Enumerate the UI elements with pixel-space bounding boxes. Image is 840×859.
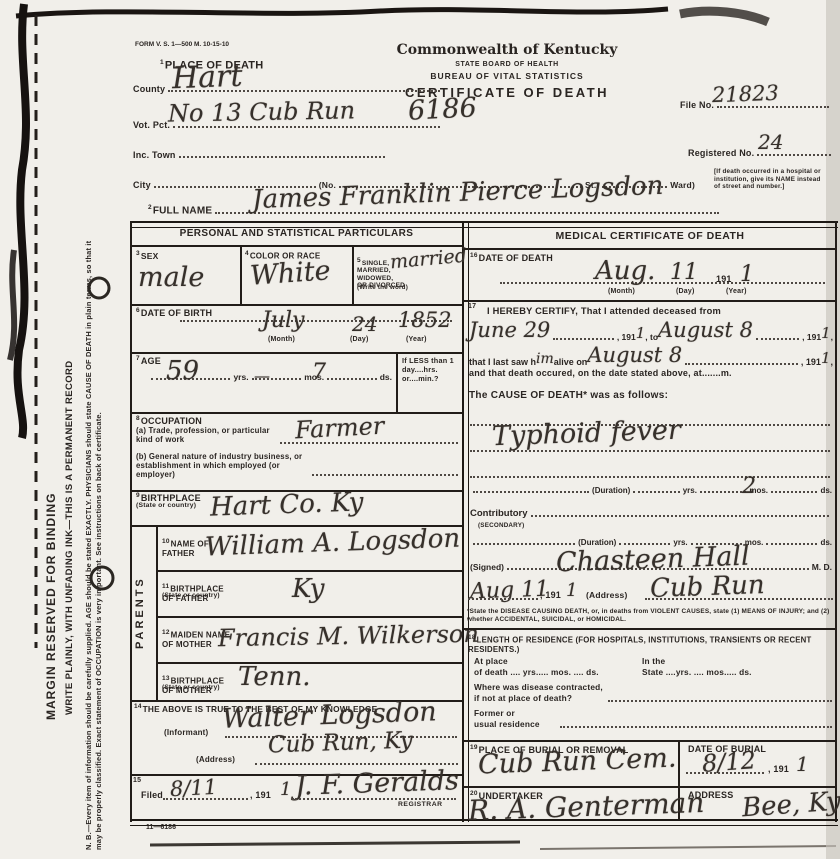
attended-comma: , xyxy=(831,332,833,342)
informant-address-value: Cub Run, Ky xyxy=(268,727,414,758)
md-label: M. D. xyxy=(812,562,832,572)
age-days-value: 7 xyxy=(312,360,326,385)
occupation-b-label: (b) General nature of industry business,… xyxy=(136,452,308,479)
file-no-label: File No. xyxy=(680,100,714,110)
registrar-signature: J. F. Geralds xyxy=(295,765,460,802)
bureau-subtitle: BUREAU OF VITAL STATISTICS xyxy=(388,71,626,81)
death-year-sublabel: (Year) xyxy=(726,288,747,295)
age-label: 7AGE xyxy=(136,355,161,366)
duration-months-value: 2 xyxy=(742,474,756,499)
birthplace-value: Hart Co. Ky xyxy=(210,487,364,522)
attended-to-year-printed: , 191 xyxy=(802,332,821,342)
cause-of-death-value: Typhoid fever xyxy=(492,415,682,453)
death-year-value: 1 xyxy=(740,262,754,287)
signed-label: (Signed) xyxy=(470,562,504,572)
saw-him-value: im xyxy=(536,351,554,367)
cause-of-death-label: The CAUSE OF DEATH* was as follows: xyxy=(469,390,668,401)
certify-attended-line: June 29 , 191 1 , to August 8 , 191 1 , xyxy=(469,318,833,342)
duration2-ds-label: ds. xyxy=(820,538,832,547)
filed-year-value: 1 xyxy=(280,779,291,800)
father-name-label: 10NAME OF FATHER xyxy=(162,528,209,558)
parents-label: PARENTS xyxy=(134,525,154,700)
sex-label: 3SEX xyxy=(136,250,158,261)
certify-number: 17 xyxy=(468,303,476,310)
filed-label: Filed xyxy=(141,790,163,800)
county-value: Hart xyxy=(171,59,243,96)
saw-year-value: 1 xyxy=(821,349,831,367)
attended-to-word: , to xyxy=(645,332,658,342)
filed-number: 15 xyxy=(133,777,141,784)
saw-date-value: August 8 xyxy=(587,343,682,367)
board-subtitle: STATE BOARD OF HEALTH xyxy=(388,61,626,68)
saw-mid-text: alive on xyxy=(554,357,588,367)
inc-town-leader xyxy=(179,156,385,158)
death-certificate-scan: MARGIN RESERVED FOR BINDING WRITE PLAINL… xyxy=(0,0,840,859)
inc-town-label: Inc. Town xyxy=(133,150,176,160)
saw-pre-text: that I last saw h xyxy=(469,357,536,367)
medical-section-title: MEDICAL CERTIFICATE OF DEATH xyxy=(466,230,834,242)
birthplace-hint: (State or country) xyxy=(136,502,196,509)
full-name-label: 2FULL NAME xyxy=(148,204,212,216)
county-label: County xyxy=(133,84,165,94)
dob-year-sublabel: (Year) xyxy=(406,336,427,343)
attended-to-value: August 8 xyxy=(658,318,753,342)
mother-name-value: Francis M. Wilkerson xyxy=(218,620,479,653)
signed-date-value: Aug 11 xyxy=(470,577,550,605)
margin-nb-note: N. B.—Every item of information should b… xyxy=(84,235,126,850)
residence-at-place: At place of death .... yrs..... mos. ...… xyxy=(474,656,654,677)
plate-code: 11—6186 xyxy=(146,824,176,831)
dob-day-value: 24 xyxy=(352,312,377,336)
death-month-value: Aug. xyxy=(595,256,655,286)
informant-address-label: (Address) xyxy=(196,755,235,764)
dob-month-value: July xyxy=(262,308,304,333)
inc-town-line: Inc. Town xyxy=(133,150,388,160)
age-yrs-label: yrs. xyxy=(233,372,248,382)
residence-label: 18LENGTH OF RESIDENCE (FOR HOSPITALS, IN… xyxy=(468,633,834,654)
hospital-note: [If death occurred in a hospital or inst… xyxy=(714,168,826,191)
date-of-death-label: 16DATE OF DEATH xyxy=(470,252,553,263)
mother-birthplace-value: Tenn. xyxy=(238,662,310,692)
sex-value: male xyxy=(138,262,204,293)
duration-label: (Duration) xyxy=(592,486,630,495)
burial-year-printed: , 191 xyxy=(768,764,789,774)
registrar-label: REGISTRAR xyxy=(398,801,443,808)
contributory-label: Contributory xyxy=(470,508,528,519)
informant-label: (Informant) xyxy=(164,728,208,737)
occupation-a-value: Farmer xyxy=(294,412,385,445)
age-years-value: 59 xyxy=(166,356,199,386)
occupation-label: 8OCCUPATION xyxy=(136,415,202,426)
dob-label: 6DATE OF BIRTH xyxy=(136,307,212,318)
age-less-note: If LESS than 1 day....hrs. or....min.? xyxy=(402,356,460,383)
occupation-a-label: (a) Trade, profession, or particular kin… xyxy=(136,426,286,444)
duration-line: (Duration) yrs. mos. ds. xyxy=(470,486,832,495)
saw-comma: , xyxy=(830,357,833,367)
duration-ds-label: ds. xyxy=(820,486,832,495)
age-ds-label: ds. xyxy=(380,372,392,382)
father-birthplace-value: Ky xyxy=(292,574,324,604)
city-label: City xyxy=(133,180,151,190)
file-no-value: 21823 xyxy=(712,81,780,107)
certify-saw-line: that I last saw h im alive on August 8 ,… xyxy=(469,343,833,367)
precinct-value: No 13 Cub Run xyxy=(168,96,356,127)
contributory-line: Contributory xyxy=(470,508,832,519)
certify-death-occurred-line: and that death occured, on the date stat… xyxy=(469,368,732,378)
margin-write-plainly-note: WRITE PLAINLY, WITH UNFADING INK—THIS IS… xyxy=(64,225,75,715)
attended-from-year-printed: , 191 xyxy=(617,332,636,342)
age-months-value: — xyxy=(254,366,270,385)
marital-hint: (Write the word) xyxy=(357,284,408,291)
death-day-value: 11 xyxy=(670,260,698,285)
duration-yrs-label: yrs. xyxy=(683,486,697,495)
mother-birthplace-hint: (State or country) xyxy=(162,684,220,691)
death-month-sublabel: (Month) xyxy=(608,288,635,295)
city-ward-label: Ward) xyxy=(670,180,695,190)
margin-binding-note: MARGIN RESERVED FOR BINDING xyxy=(44,280,58,720)
attended-to-year-value: 1 xyxy=(821,324,831,342)
filed-year-printed: , 191 xyxy=(250,790,271,800)
physician-address-label: (Address) xyxy=(586,590,627,600)
death-year-printed: 191 xyxy=(716,274,732,284)
registered-no-value: 24 xyxy=(758,130,783,154)
cause-footnote: *State the DISEASE CAUSING DEATH, or, in… xyxy=(467,608,835,624)
precinct-label: Vot. Pct. xyxy=(133,120,170,130)
dob-year-value: 1852 xyxy=(398,308,451,332)
dob-month-sublabel: (Month) xyxy=(268,336,295,343)
secondary-label: (SECONDARY) xyxy=(478,522,524,529)
attended-from-year-value: 1 xyxy=(636,324,646,342)
dob-day-sublabel: (Day) xyxy=(350,336,369,343)
attended-from-value: June 29 xyxy=(469,318,550,342)
form-code: FORM V. S. 1—500 M. 10-15-10 xyxy=(135,41,229,48)
race-value: White xyxy=(249,255,332,292)
death-day-sublabel: (Day) xyxy=(676,288,695,295)
signed-year-value: 1 xyxy=(566,580,577,601)
personal-section-title: PERSONAL AND STATISTICAL PARTICULARS xyxy=(131,228,462,239)
burial-year-value: 1 xyxy=(796,752,809,776)
father-birthplace-hint: (State or country) xyxy=(162,592,220,599)
registered-no-label: Registered No. xyxy=(688,148,754,158)
commonwealth-title: Commonwealth of Kentucky xyxy=(388,42,626,58)
residence-in-state: In the State ....yrs. .... mos..... ds. xyxy=(642,656,834,677)
certify-intro: I HEREBY CERTIFY, That I attended deceas… xyxy=(487,306,721,316)
registered-no-leader xyxy=(757,154,831,156)
saw-year-printed: , 191 xyxy=(801,357,821,367)
place-of-death-number: 1 xyxy=(160,59,164,66)
signed-year-printed: , 191 xyxy=(540,590,561,600)
